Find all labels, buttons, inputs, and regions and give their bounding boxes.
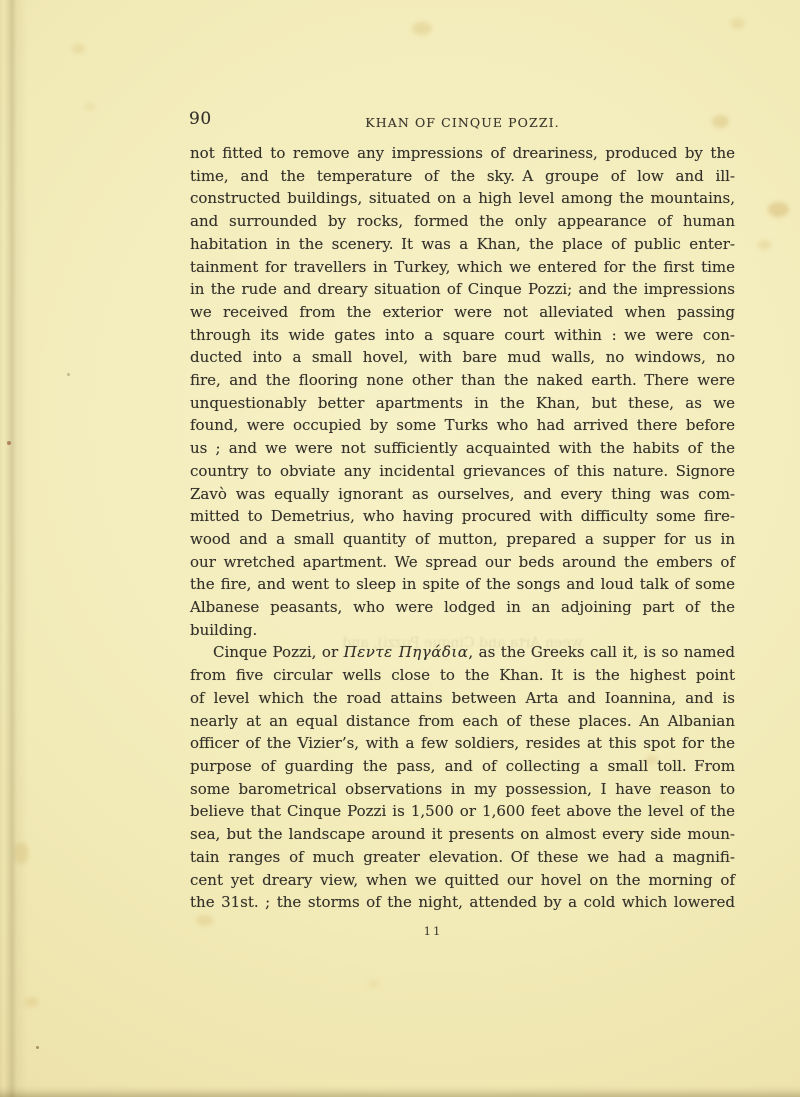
greek-phrase: Πεντε Πηγάδια: [344, 643, 469, 661]
paragraph: Cinque Pozzi, or Πεντε Πηγάδια, as the G…: [190, 641, 735, 913]
text-line: of level which the road attains between …: [190, 687, 735, 710]
text-line: habitation in the scenery. It was a Khan…: [190, 233, 735, 256]
foxing-spot: [368, 980, 379, 988]
text-line: us ; and we were not sufficiently acquai…: [190, 437, 735, 460]
running-header: KHAN OF CINQUE POZZI.: [190, 115, 735, 130]
text-line: country to obviate any incidental grieva…: [190, 460, 735, 483]
text-line: Cinque Pozzi, or Πεντε Πηγάδια, as the G…: [190, 641, 735, 664]
foxing-spot: [72, 44, 85, 54]
text-line: mitted to Demetrius, who having procured…: [190, 505, 735, 528]
text-line: sea, but the landscape around it present…: [190, 823, 735, 846]
text-line: wood and a small quantity of mutton, pre…: [190, 528, 735, 551]
foxing-spot: [758, 240, 771, 250]
body-text: not fitted to remove any impressions of …: [190, 142, 735, 914]
text-line: building.: [190, 619, 735, 642]
text-line: found, were occupied by some Turks who h…: [190, 414, 735, 437]
foxing-spot: [84, 102, 95, 111]
paragraph: not fitted to remove any impressions of …: [190, 142, 735, 641]
ink-speck: [7, 441, 11, 445]
foxing-spot: [25, 997, 38, 1007]
text-line: our wretched apartment. We spread our be…: [190, 551, 735, 574]
text-line: time, and the temperature of the sky. A …: [190, 165, 735, 188]
text-line: believe that Cinque Pozzi is 1,500 or 1,…: [190, 800, 735, 823]
text-line: cent yet dreary view, when we quitted ou…: [190, 869, 735, 892]
text-line: some barometrical observations in my pos…: [190, 778, 735, 801]
foxing-spot: [14, 842, 29, 864]
foxing-spot: [768, 202, 789, 217]
text-line: unquestionably better apartments in the …: [190, 392, 735, 415]
text-line: Albanese peasants, who were lodged in an…: [190, 596, 735, 619]
text-line: constructed buildings, situated on a hig…: [190, 187, 735, 210]
text-line: tain ranges of much greater elevation. O…: [190, 846, 735, 869]
text-line: tainment for travellers in Turkey, which…: [190, 256, 735, 279]
page-bottom-edge: [0, 1085, 800, 1097]
text-line: not fitted to remove any impressions of …: [190, 142, 735, 165]
text-line: officer of the Vizier’s, with a few sold…: [190, 732, 735, 755]
ink-speck: [36, 1046, 39, 1049]
text-line: through its wide gates into a square cou…: [190, 324, 735, 347]
text-line: purpose of guarding the pass, and of col…: [190, 755, 735, 778]
text-line: in the rude and dreary situation of Cinq…: [190, 278, 735, 301]
foxing-spot: [196, 915, 213, 926]
text-line: the 31st. ; the storms of the night, att…: [190, 891, 735, 914]
text-line: ducted into a small hovel, with bare mud…: [190, 346, 735, 369]
foxing-spot: [412, 22, 432, 35]
foxing-spot: [730, 18, 745, 29]
page-binding-crease: [0, 0, 28, 1097]
text-line: Zavò was equally ignorant as ourselves, …: [190, 483, 735, 506]
text-line: from five circular wells close to the Kh…: [190, 664, 735, 687]
text-line: fire, and the flooring none other than t…: [190, 369, 735, 392]
text-line: nearly at an equal distance from each of…: [190, 710, 735, 733]
text-line: we received from the exterior were not a…: [190, 301, 735, 324]
ink-speck: [67, 373, 70, 376]
book-page-scan: { "page": { "number": "90", "running_hea…: [0, 0, 800, 1097]
signature-mark: 11: [413, 924, 453, 938]
text-line: and surrounded by rocks, formed the only…: [190, 210, 735, 233]
text-line: the fire, and went to sleep in spite of …: [190, 573, 735, 596]
